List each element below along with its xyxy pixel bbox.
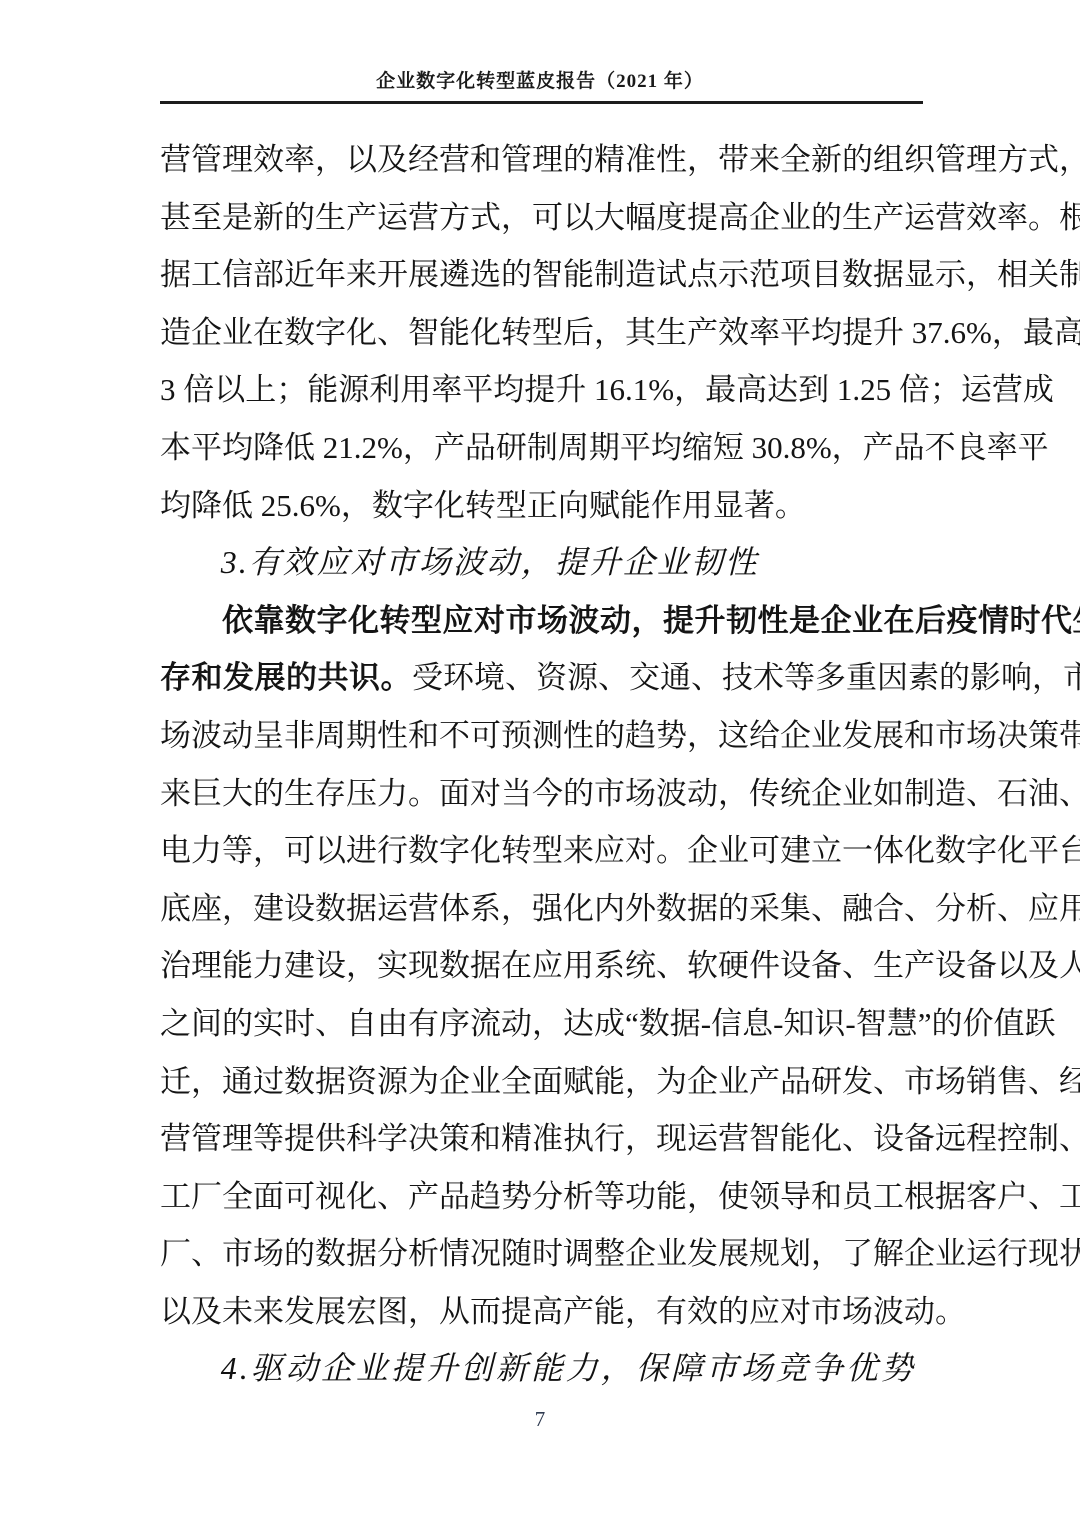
bold-lead-in: 依靠数字化转型应对市场波动，提升韧性是企业在后疫情时代生: [222, 603, 1080, 638]
paragraph1-line: 本平均降低 21.2%，产品研制周期平均缩短 30.8%，产品不良率平: [160, 419, 923, 477]
section-heading-4: 4.驱动企业提升创新能力，保障市场竞争优势: [160, 1340, 923, 1398]
paragraph2-line: 存和发展的共识。受环境、资源、交通、技术等多重因素的影响，市: [160, 649, 923, 707]
page-footer: 7: [0, 1407, 1080, 1432]
running-header: 企业数字化转型蓝皮报告（2021 年）: [0, 0, 1080, 104]
paragraph2-line: 依靠数字化转型应对市场波动，提升韧性是企业在后疫情时代生: [160, 592, 923, 650]
section-heading-3: 3.有效应对市场波动，提升企业韧性: [160, 534, 923, 592]
paragraph2-line: 治理能力建设，实现数据在应用系统、软硬件设备、生产设备以及人: [160, 937, 923, 995]
paragraph1-line: 3 倍以上；能源利用率平均提升 16.1%，最高达到 1.25 倍；运营成: [160, 361, 923, 419]
paragraph2-line: 迁，通过数据资源为企业全面赋能，为企业产品研发、市场销售、经: [160, 1053, 923, 1111]
paragraph2-line: 工厂全面可视化、产品趋势分析等功能，使领导和员工根据客户、工: [160, 1168, 923, 1226]
paragraph2-line: 厂、市场的数据分析情况随时调整企业发展规划，了解企业运行现状: [160, 1225, 923, 1283]
header-rule: [160, 101, 923, 104]
paragraph1-line: 据工信部近年来开展遴选的智能制造试点示范项目数据显示，相关制: [160, 246, 923, 304]
bold-lead-in: 存和发展的共识。: [160, 660, 412, 695]
paragraph2-line: 以及未来发展宏图，从而提高产能，有效的应对市场波动。: [160, 1283, 923, 1341]
paragraph2-line: 营管理等提供科学决策和精准执行，现运营智能化、设备远程控制、: [160, 1110, 923, 1168]
paragraph2-line: 场波动呈非周期性和不可预测性的趋势，这给企业发展和市场决策带: [160, 707, 923, 765]
header-title: 企业数字化转型蓝皮报告（2021 年）: [0, 70, 1080, 94]
document-page: 企业数字化转型蓝皮报告（2021 年） 营管理效率，以及经营和管理的精准性，带来…: [0, 0, 1080, 1527]
page-number: 7: [535, 1407, 546, 1431]
paragraph1-line: 甚至是新的生产运营方式，可以大幅度提高企业的生产运营效率。根: [160, 189, 923, 247]
paragraph2-line: 电力等，可以进行数字化转型来应对。企业可建立一体化数字化平台: [160, 822, 923, 880]
page-body: 营管理效率，以及经营和管理的精准性，带来全新的组织管理方式， 甚至是新的生产运营…: [160, 131, 923, 1398]
paragraph1-line: 均降低 25.6%，数字化转型正向赋能作用显著。: [160, 477, 923, 535]
paragraph1-line: 营管理效率，以及经营和管理的精准性，带来全新的组织管理方式，: [160, 131, 923, 189]
paragraph2-text: 受环境、资源、交通、技术等多重因素的影响，市: [412, 660, 1080, 695]
paragraph2-line: 之间的实时、自由有序流动，达成“数据-信息-知识-智慧”的价值跃: [160, 995, 923, 1053]
paragraph2-line: 底座，建设数据运营体系，强化内外数据的采集、融合、分析、应用、: [160, 880, 923, 938]
paragraph1-line: 造企业在数字化、智能化转型后，其生产效率平均提升 37.6%，最高: [160, 304, 923, 362]
paragraph2-line: 来巨大的生存压力。面对当今的市场波动，传统企业如制造、石油、: [160, 765, 923, 823]
